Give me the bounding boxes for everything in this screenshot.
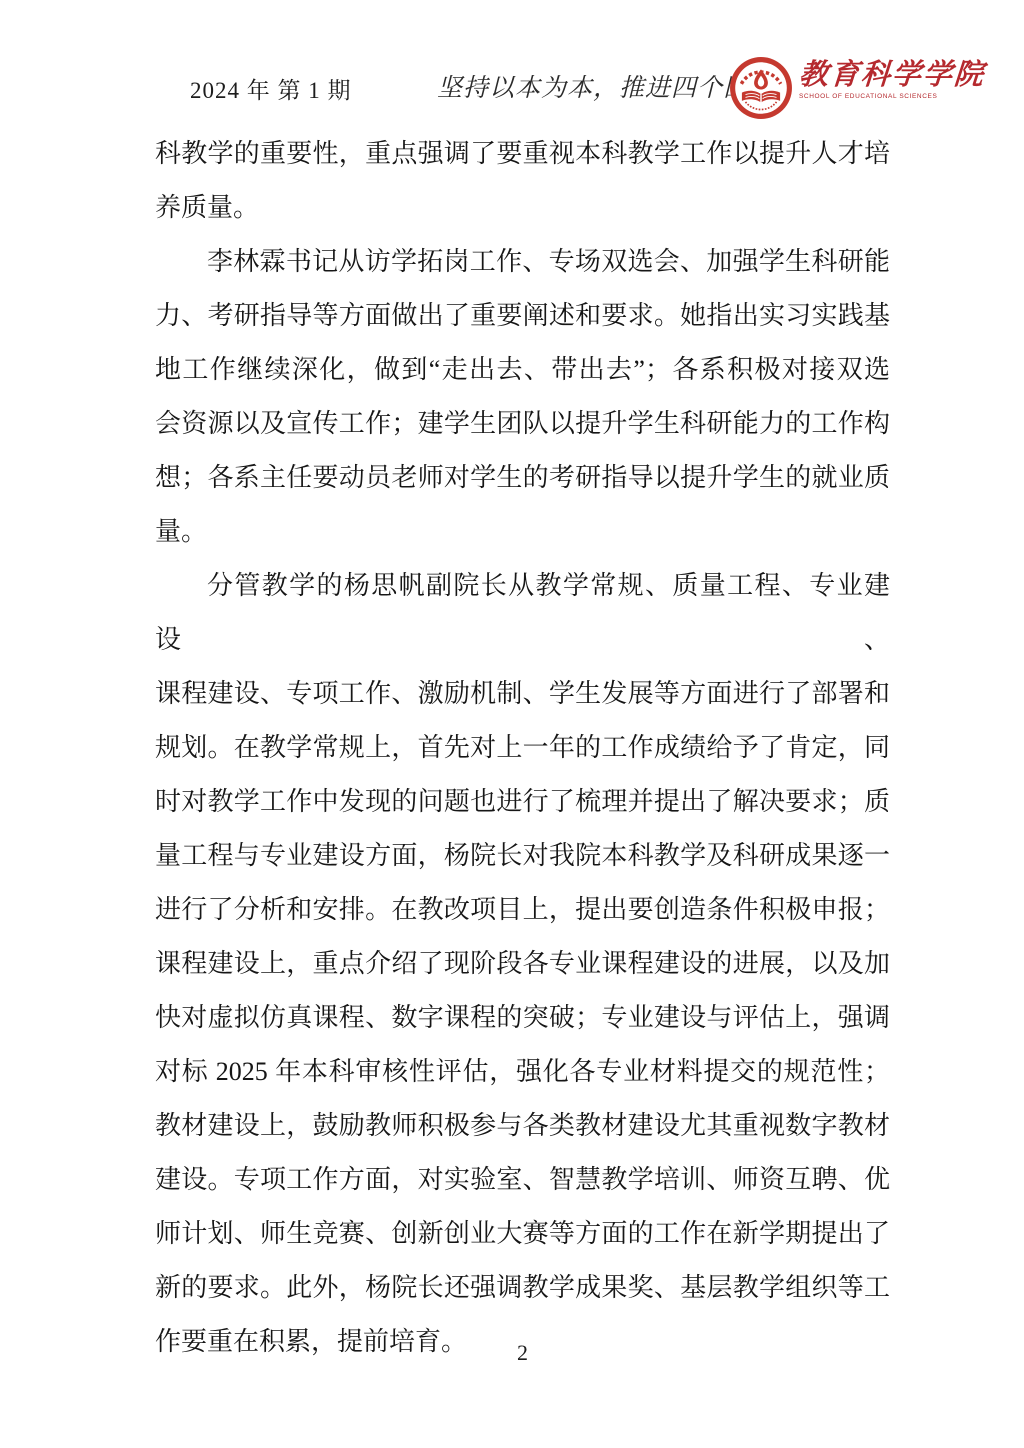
school-emblem-icon: [729, 56, 793, 120]
page-number: 2: [155, 1340, 890, 1366]
school-name-en: SCHOOL OF EDUCATIONAL SCIENCES: [799, 93, 985, 100]
text-line: 课程建设、专项工作、激励机制、学生发展等方面进行了部署和: [155, 667, 890, 721]
issue-number: 2024 年 第 1 期: [190, 72, 352, 105]
document-page: 2024 年 第 1 期 坚持以本为本，推进四个回归 教育科学学: [0, 0, 1024, 1448]
text-line: 快对虚拟仿真课程、数字课程的突破；专业建设与评估上，强调: [155, 991, 890, 1045]
text-line: 量。: [155, 505, 890, 559]
text-line: 地工作继续深化，做到“走出去、带出去”；各系积极对接双选: [155, 343, 890, 397]
text-line: 时对教学工作中发现的问题也进行了梳理并提出了解决要求；质: [155, 775, 890, 829]
school-name-cn: 教育科学学院: [798, 60, 986, 92]
text-line: 李林霖书记从访学拓岗工作、专场双选会、加强学生科研能: [155, 235, 890, 289]
text-line: 师计划、师生竞赛、创新创业大赛等方面的工作在新学期提出了: [155, 1207, 890, 1261]
text-line: 进行了分析和安排。在教改项目上，提出要创造条件积极申报；: [155, 883, 890, 937]
text-line: 课程建设上，重点介绍了现阶段各专业课程建设的进展，以及加: [155, 937, 890, 991]
text-line: 会资源以及宣传工作；建学生团队以提升学生科研能力的工作构: [155, 397, 890, 451]
school-logo: 教育科学学院 SCHOOL OF EDUCATIONAL SCIENCES: [729, 56, 985, 120]
text-line: 建设。专项工作方面，对实验室、智慧教学培训、师资互聘、优: [155, 1153, 890, 1207]
header-motto: 坚持以本为本，推进四个回归: [437, 68, 775, 104]
text-line: 新的要求。此外，杨院长还强调教学成果奖、基层教学组织等工: [155, 1261, 890, 1315]
text-line: 对标 2025 年本科审核性评估，强化各专业材料提交的规范性；: [155, 1045, 890, 1099]
text-line: 量工程与专业建设方面，杨院长对我院本科教学及科研成果逐一: [155, 829, 890, 883]
text-line: 科教学的重要性，重点强调了要重视本科教学工作以提升人才培: [155, 127, 890, 181]
text-line: 分管教学的杨思帆副院长从教学常规、质量工程、专业建设、: [155, 559, 890, 667]
text-line: 教材建设上，鼓励教师积极参与各类教材建设尤其重视数字教材: [155, 1099, 890, 1153]
text-line: 养质量。: [155, 181, 890, 235]
body-text: 科教学的重要性，重点强调了要重视本科教学工作以提升人才培养质量。李林霖书记从访学…: [155, 127, 890, 1369]
text-line: 想；各系主任要动员老师对学生的考研指导以提升学生的就业质: [155, 451, 890, 505]
text-line: 力、考研指导等方面做出了重要阐述和要求。她指出实习实践基: [155, 289, 890, 343]
text-line: 规划。在教学常规上，首先对上一年的工作成绩给予了肯定，同: [155, 721, 890, 775]
school-name-block: 教育科学学院 SCHOOL OF EDUCATIONAL SCIENCES: [799, 60, 985, 100]
